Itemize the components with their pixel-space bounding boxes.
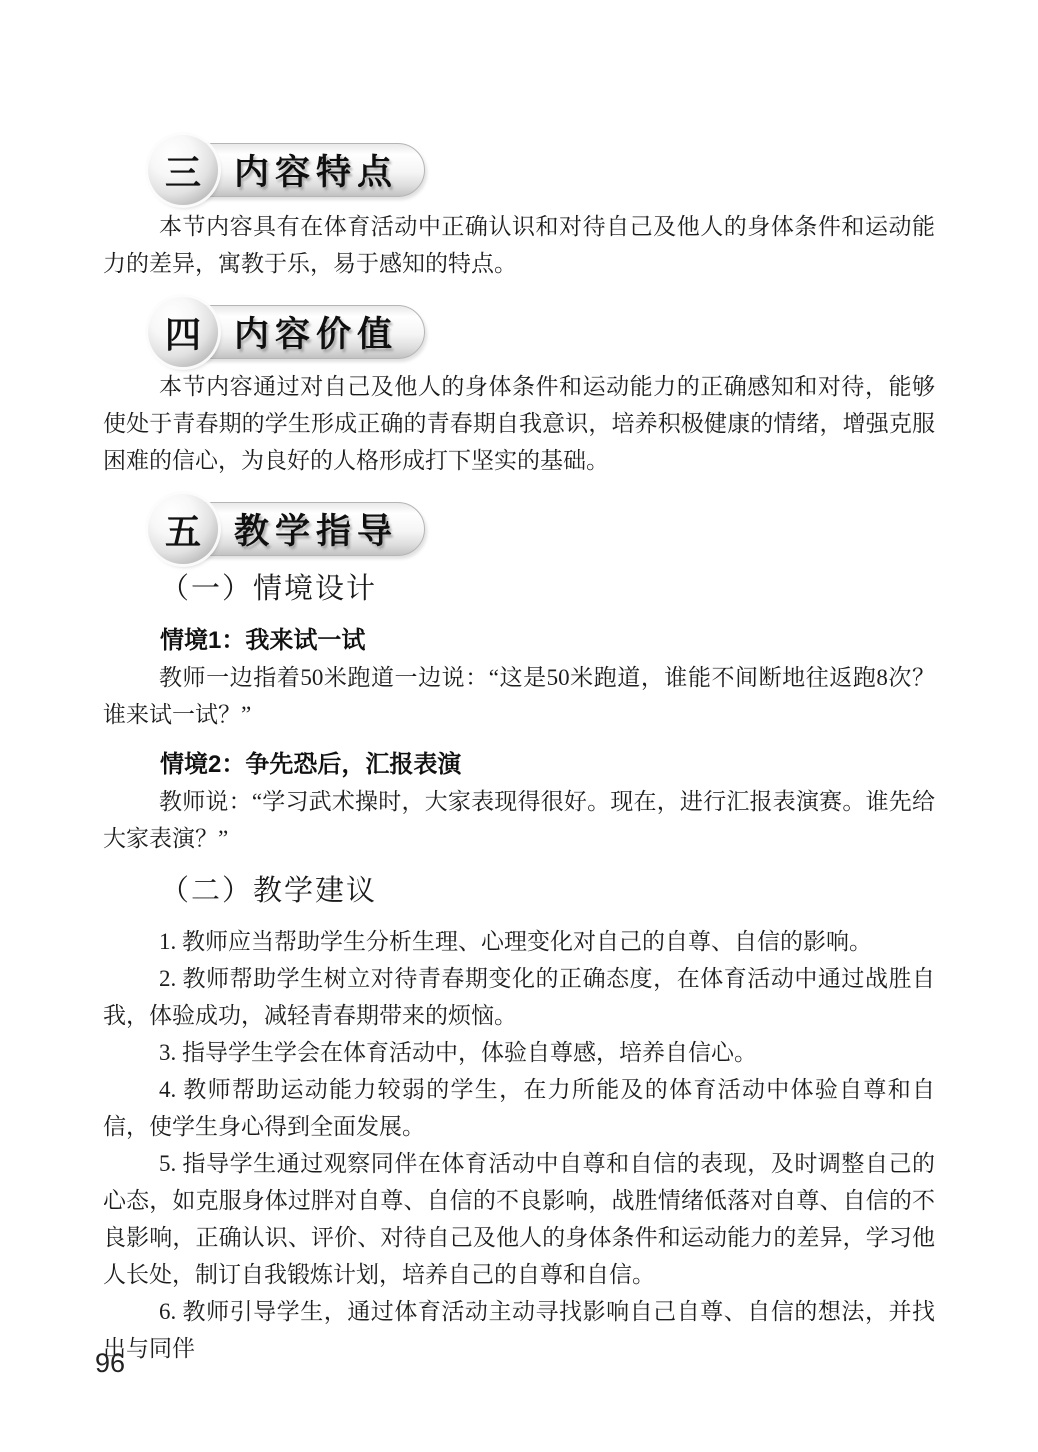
section-number: 五 bbox=[165, 504, 201, 555]
list-item-5: 5. 指导学生通过观察同伴在体育活动中自尊和自信的表现，及时调整自己的心态，如克… bbox=[103, 1145, 935, 1293]
subsection-heading-1: （一）情境设计 bbox=[160, 569, 935, 609]
list-item-2: 2. 教师帮助学生树立对待青春期变化的正确态度，在体育活动中通过战胜自我，体验成… bbox=[103, 960, 935, 1034]
subsection-heading-2: （二）教学建议 bbox=[160, 871, 935, 911]
list-item-6: 6. 教师引导学生，通过体育活动主动寻找影响自己自尊、自信的想法，并找出与同伴 bbox=[103, 1293, 935, 1367]
list-item-4: 4. 教师帮助运动能力较弱的学生，在力所能及的体育活动中体验自尊和自信，使学生身… bbox=[103, 1071, 935, 1145]
body-paragraph: 本节内容具有在体育活动中正确认识和对待自己及他人的身体条件和运动能力的差异，寓教… bbox=[103, 208, 935, 282]
section-title: 内容价值 bbox=[234, 307, 398, 357]
section-title: 内容特点 bbox=[234, 145, 398, 195]
page-content: 三 内容特点 本节内容具有在体育活动中正确认识和对待自己及他人的身体条件和运动能… bbox=[0, 134, 1038, 1367]
scenario-2-heading: 情境2：争先恐后，汇报表演 bbox=[160, 747, 935, 783]
section-number-badge: 三 bbox=[148, 135, 218, 205]
section-number-badge: 五 bbox=[148, 494, 218, 564]
body-paragraph: 本节内容通过对自己及他人的身体条件和运动能力的正确感知和对待，能够使处于青春期的… bbox=[103, 368, 935, 479]
list-item-1: 1. 教师应当帮助学生分析生理、心理变化对自己的自尊、自信的影响。 bbox=[103, 923, 935, 960]
section-number-badge: 四 bbox=[148, 297, 218, 367]
list-item-3: 3. 指导学生学会在体育活动中，体验自尊感，培养自信心。 bbox=[103, 1034, 935, 1071]
scenario-1-paragraph: 教师一边指着50米跑道一边说：“这是50米跑道，谁能不间断地往返跑8次？谁来试一… bbox=[103, 659, 935, 733]
section-number: 四 bbox=[165, 307, 201, 358]
scenario-1-heading: 情境1：我来试一试 bbox=[160, 623, 935, 659]
scenario-2-paragraph: 教师说：“学习武术操时，大家表现得很好。现在，进行汇报表演赛。谁先给大家表演？” bbox=[103, 783, 935, 857]
section-title: 教学指导 bbox=[234, 504, 398, 554]
section-number: 三 bbox=[165, 145, 201, 196]
section-header-5: 五 教学指导 bbox=[148, 493, 935, 565]
page-number: 96 bbox=[95, 1348, 125, 1379]
textbook-page: 三 内容特点 本节内容具有在体育活动中正确认识和对待自己及他人的身体条件和运动能… bbox=[0, 0, 1038, 1452]
suggestion-list: 1. 教师应当帮助学生分析生理、心理变化对自己的自尊、自信的影响。 2. 教师帮… bbox=[103, 923, 935, 1367]
section-header-4: 四 内容价值 bbox=[148, 296, 935, 368]
section-header-3: 三 内容特点 bbox=[148, 134, 935, 206]
